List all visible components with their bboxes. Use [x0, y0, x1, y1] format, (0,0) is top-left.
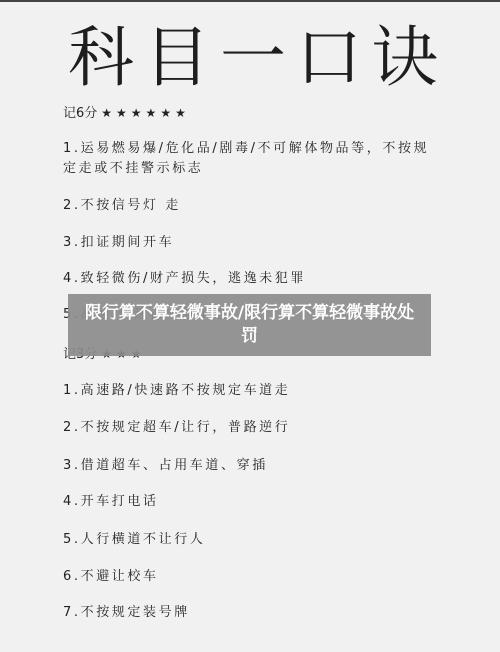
list-item: 7.不按规定装号牌	[63, 603, 190, 623]
star-rating-icon: ★★★★★★	[101, 106, 190, 120]
list-item: 2.不按信号灯 走	[63, 196, 181, 216]
list-item: 1.运易燃易爆/危化品/剧毒/不可解体物品等，不按规定走或不挂警示标志	[63, 139, 443, 179]
list-item: 4.致轻微伤/财产损失，逃逸未犯罪	[63, 269, 306, 289]
list-item: 3.扣证期间开车	[63, 233, 174, 253]
list-item: 6.不避让校车	[63, 567, 159, 587]
section-heading-6-points: 记6分★★★★★★	[63, 104, 190, 123]
caption-text: 限行算不算轻微事故/限行算不算轻微事故处罚	[85, 302, 415, 348]
list-item: 5.人行横道不让行人	[63, 530, 205, 550]
list-item: 2.不按规定超车/让行，普路逆行	[63, 418, 290, 438]
top-border	[0, 0, 500, 2]
list-item: 4.开车打电话	[63, 492, 159, 512]
list-item: 1.高速路/快速路不按规定车道走	[63, 381, 290, 401]
list-item: 3.借道超车、占用车道、穿插	[63, 456, 268, 476]
page-title: 科目一口诀	[68, 18, 438, 98]
caption-overlay: 限行算不算轻微事故/限行算不算轻微事故处罚	[68, 294, 431, 356]
section-heading-label: 记6分	[63, 106, 97, 121]
